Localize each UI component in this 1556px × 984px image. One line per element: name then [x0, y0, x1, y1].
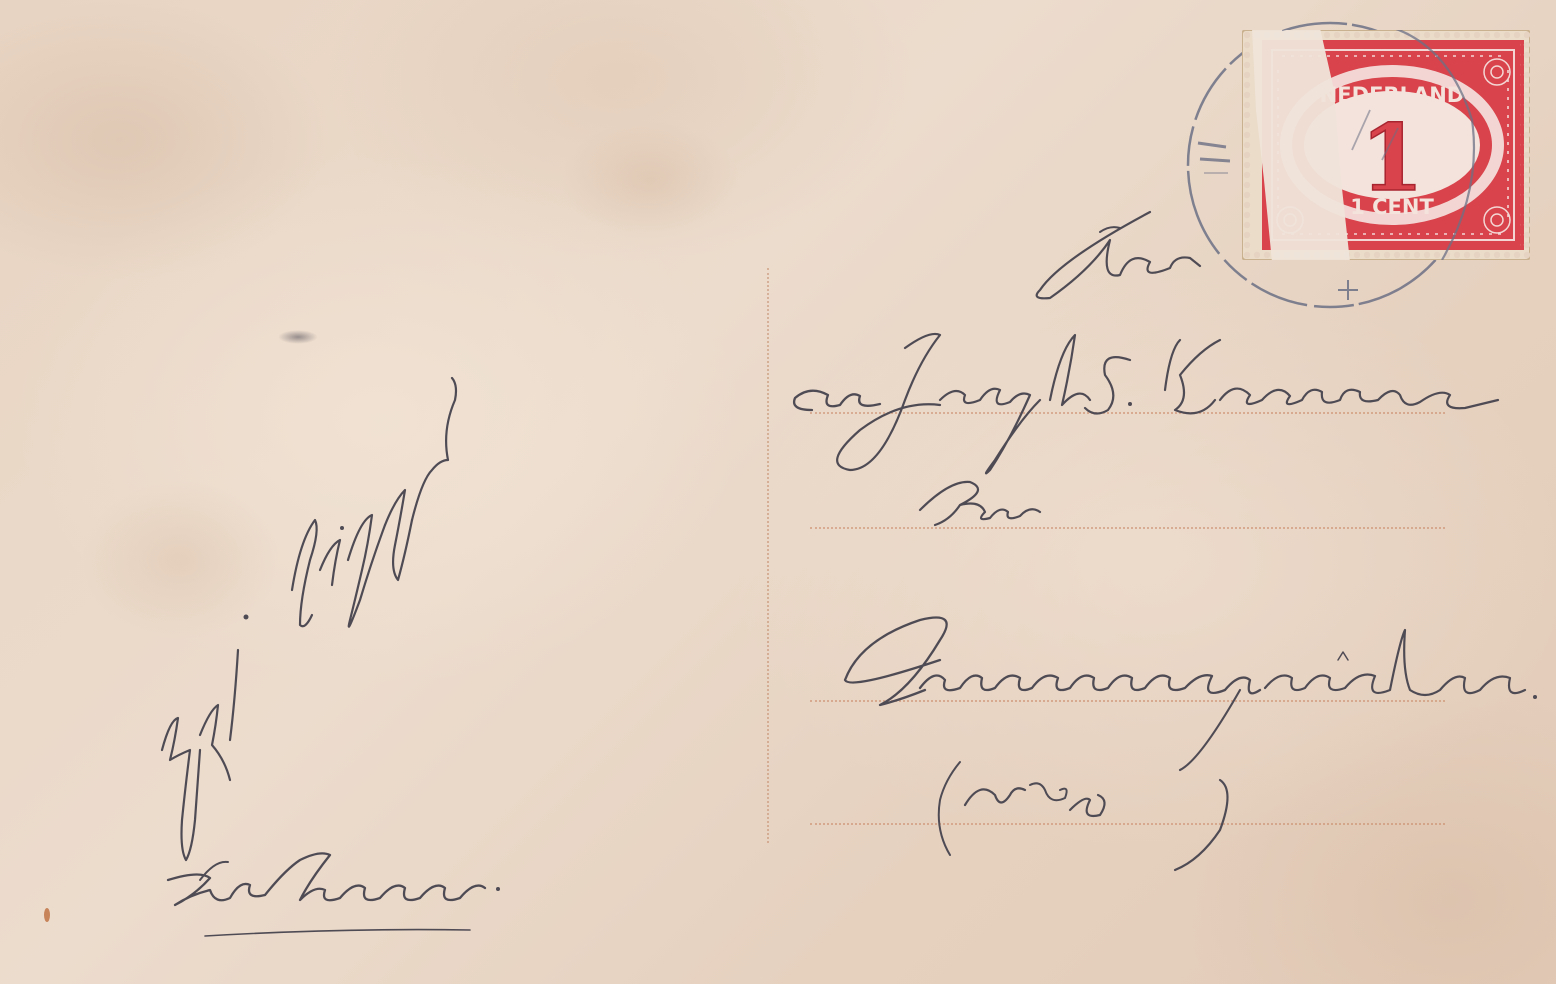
handwriting-joji — [162, 615, 249, 861]
postcard: NEDERLAND 1 1 CENT — [0, 0, 1556, 984]
handwriting-ben — [920, 482, 1040, 525]
handwriting-aan — [1037, 212, 1200, 298]
handwriting — [0, 0, 1556, 984]
handwriting-uithoorn — [168, 853, 500, 936]
handwriting-house-number — [939, 762, 1228, 870]
handwriting-recipient-name — [794, 334, 1498, 473]
handwriting-town — [845, 618, 1537, 771]
handwriting-sligger — [292, 378, 456, 627]
